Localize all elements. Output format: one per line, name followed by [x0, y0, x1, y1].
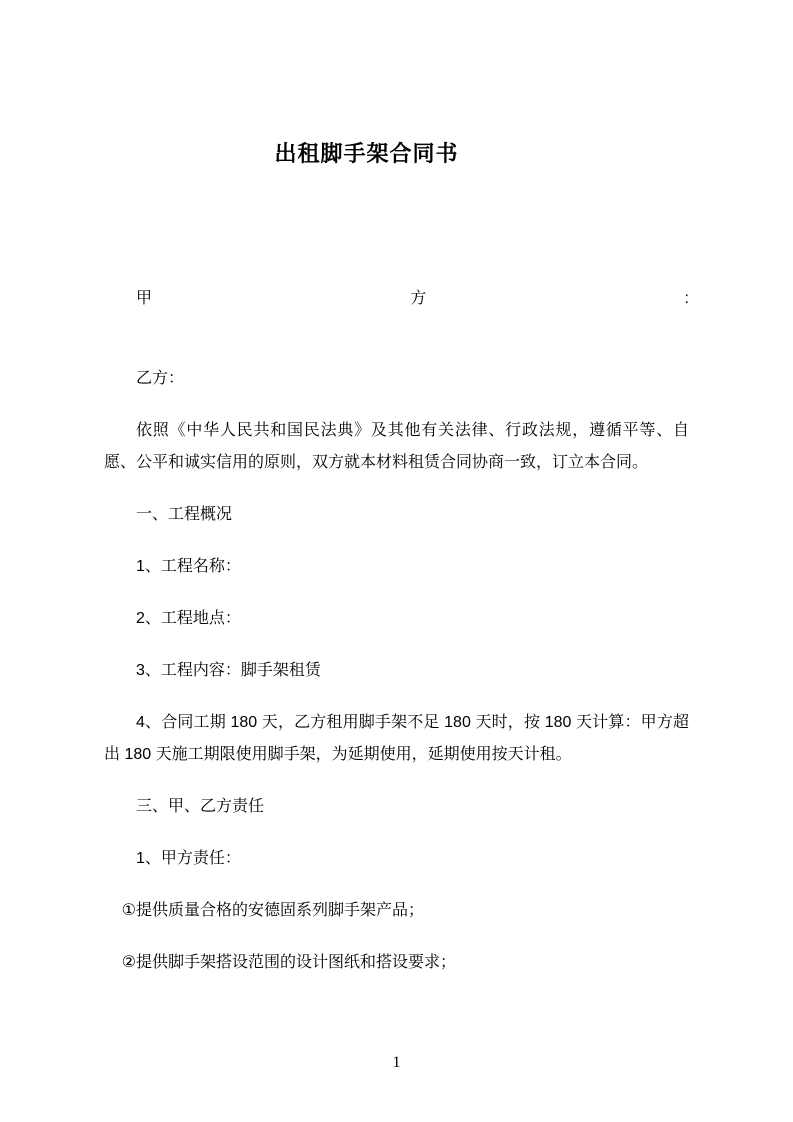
party-a-colon: : — [685, 283, 689, 315]
section-responsibility-heading: 三、甲、乙方责任 — [104, 791, 689, 823]
contract-document-page: 出租脚手架合同书 甲 方 : 乙方： 依照《中华人民共和国民法典》及其他有关法律… — [0, 0, 793, 1122]
project-content-item: 3、工程内容：脚手架租赁 — [104, 655, 689, 687]
party-a-responsibility-heading: 1、甲方责任： — [104, 843, 689, 875]
page-number: 1 — [0, 1047, 793, 1079]
document-title: 出租脚手架合同书 — [74, 138, 659, 170]
responsibility-item-1: ①提供质量合格的安德固系列脚手架产品； — [104, 895, 689, 927]
project-name-item: 1、工程名称： — [104, 551, 689, 583]
party-a-char-jia: 甲 — [136, 283, 152, 315]
preamble-paragraph: 依照《中华人民共和国民法典》及其他有关法律、行政法规，遵循平等、自愿、公平和诚实… — [104, 415, 689, 479]
section-project-heading: 一、工程概况 — [104, 499, 689, 531]
party-b-label: 乙方： — [104, 363, 689, 395]
responsibility-item-2: ②提供脚手架搭设范围的设计图纸和搭设要求； — [104, 947, 689, 979]
party-a-line: 甲 方 : — [136, 283, 689, 315]
project-location-item: 2、工程地点： — [104, 603, 689, 635]
project-duration-item: 4、合同工期 180 天，乙方租用脚手架不足 180 天时，按 180 天计算：… — [104, 707, 689, 771]
party-a-char-fang: 方 — [410, 283, 426, 315]
